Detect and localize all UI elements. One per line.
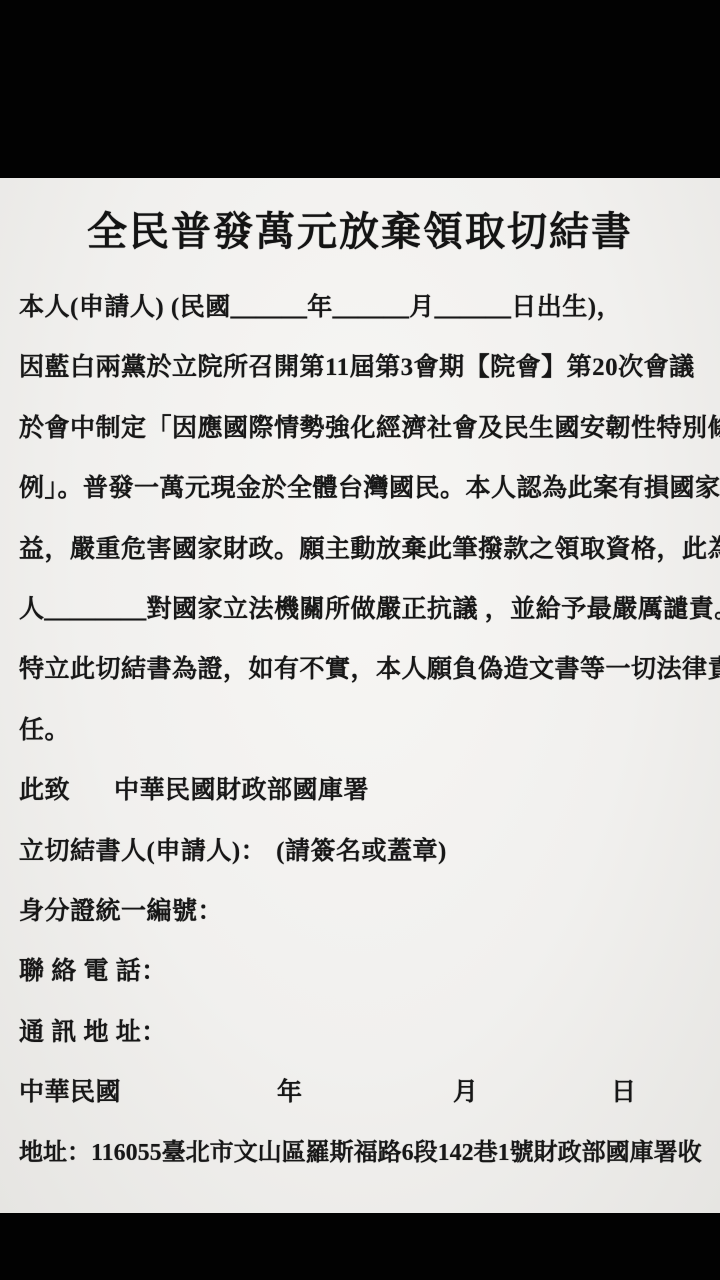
document-content: 本人(申請人) (民國＿＿＿年＿＿＿月＿＿＿日出生)，因藍白兩黨於立院所召開第1… [19,291,706,1197]
date-era-label: 中華民國 [19,1076,121,1110]
body-line: 於會中制定「因應國際情勢強化經濟社會及民生國安韌性特別條 [19,412,706,472]
id-number-line: 身分證統一編號： [19,895,706,955]
recipient-line: 此致中華民國財政部國庫署 [19,774,706,834]
body-line: 特立此切結書為證，如有不實，本人願負偽造文書等一切法律責 [19,653,706,713]
footer-address: 地址：116055臺北市文山區羅斯福路6段142巷1號財政部國庫署收 [19,1136,706,1196]
date-month-label: 月 [453,1076,479,1110]
date-line: 中華民國 年 月 日 [19,1076,706,1136]
signer-line: 立切結書人(申請人)：(請簽名或蓋章) [19,835,706,895]
body-line: 人＿＿＿＿對國家立法機關所做嚴正抗議 ，並給予最嚴厲譴責。 [19,593,706,653]
recipient-agency: 中華民國財政部國庫署 [114,777,369,804]
date-day-label: 日 [611,1076,637,1110]
body-line: 本人(申請人) (民國＿＿＿年＿＿＿月＿＿＿日出生)， [19,291,706,351]
phone-line: 聯 絡 電 話： [19,955,706,1015]
body-line: 例」。普發一萬元現金於全體台灣國民。本人認為此案有損國家利 [19,472,706,532]
signer-label: 立切結書人(申請人)： [19,838,266,865]
phone-screen: 全民普發萬元放棄領取切結書 本人(申請人) (民國＿＿＿年＿＿＿月＿＿＿日出生)… [0,0,720,1280]
signer-note: (請簽名或蓋章) [276,838,447,865]
mailing-address-line: 通 訊 地 址： [19,1016,706,1076]
body-line: 益，嚴重危害國家財政。願主動放棄此筆撥款之領取資格，此為本 [19,533,706,593]
top-letterbox-bar [0,0,720,178]
recipient-prefix: 此致 [19,777,70,804]
date-year-label: 年 [277,1076,303,1110]
document-title: 全民普發萬元放棄領取切結書 [0,200,720,257]
document-page: 全民普發萬元放棄領取切結書 本人(申請人) (民國＿＿＿年＿＿＿月＿＿＿日出生)… [0,178,720,1213]
body-line: 任。 [19,714,706,774]
bottom-letterbox-bar [0,1213,720,1280]
document-body: 本人(申請人) (民國＿＿＿年＿＿＿月＿＿＿日出生)，因藍白兩黨於立院所召開第1… [19,291,706,774]
body-line: 因藍白兩黨於立院所召開第11屆第3會期【院會】第20次會議 [19,351,706,411]
